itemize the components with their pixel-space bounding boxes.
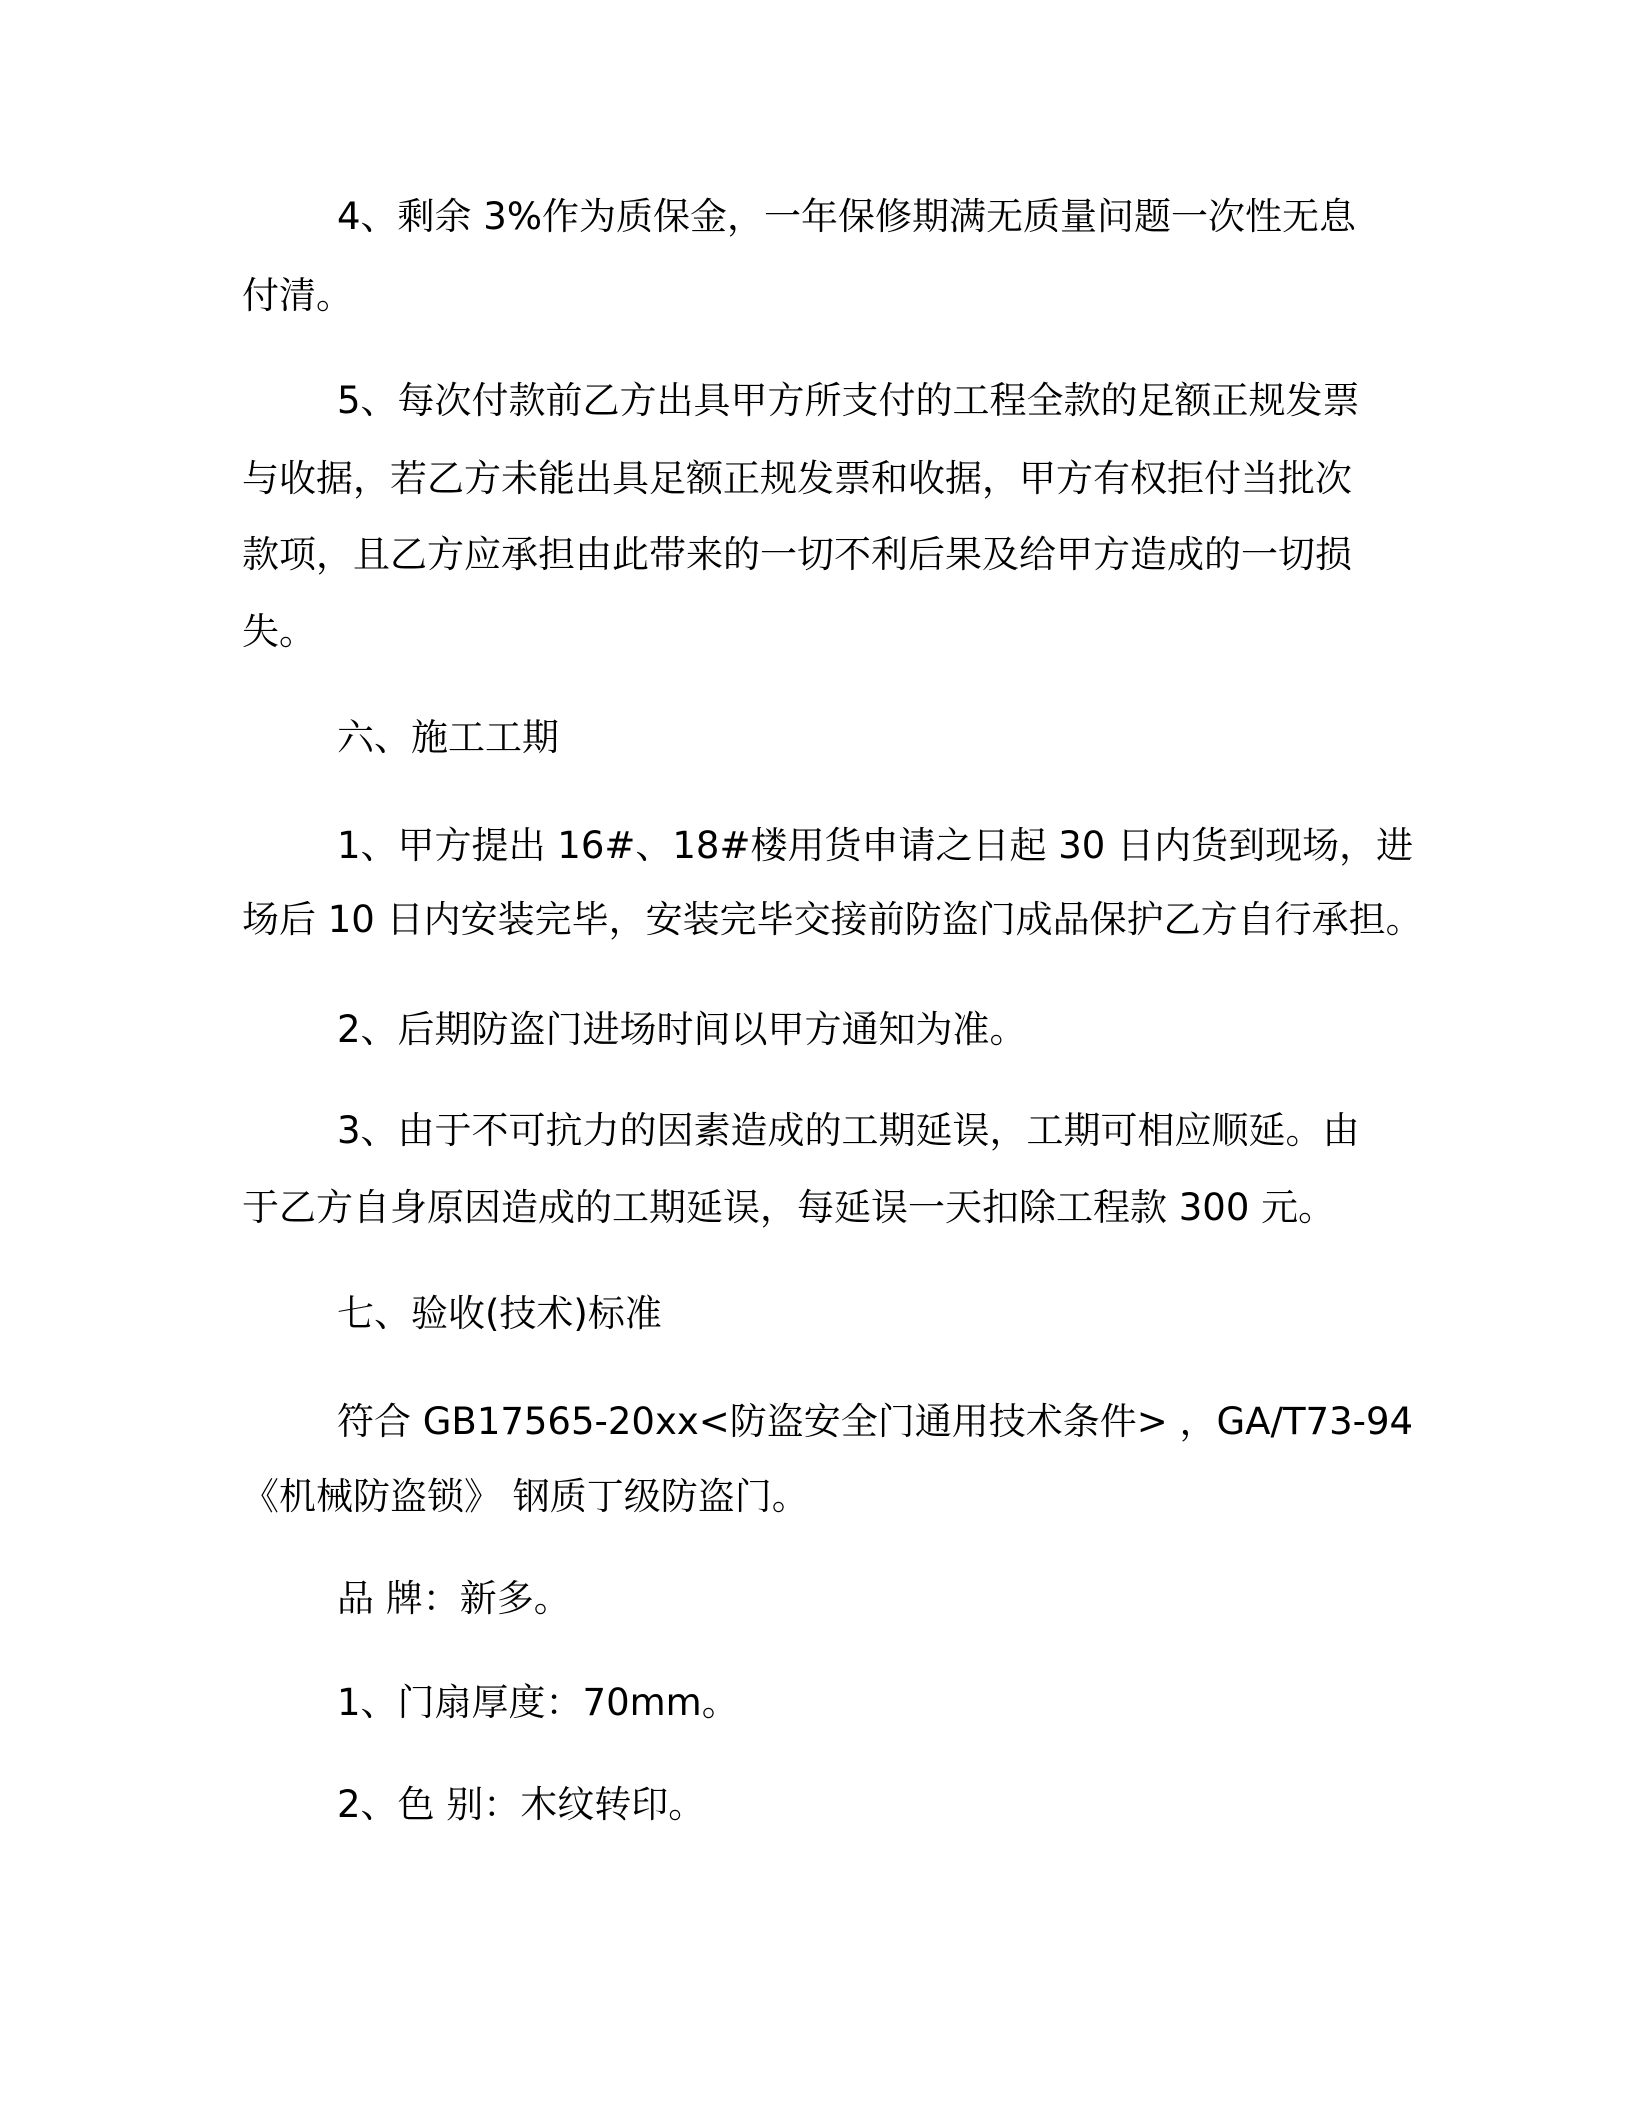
paragraph-line: 《机械防盗锁》 钢质丁级防盗门。 — [242, 1475, 809, 1519]
paragraph-line: 款项，且乙方应承担由此带来的一切不利后果及给甲方造成的一切损 — [242, 533, 1352, 577]
paragraph-line: 符合 GB17565-20xx<防盗安全门通用技术条件> ，GA/T73-94 — [337, 1400, 1413, 1444]
section-heading: 六、施工工期 — [337, 716, 559, 760]
paragraph-line: 1、门扇厚度：70mm。 — [337, 1681, 739, 1725]
paragraph-line: 2、后期防盗门进场时间以甲方通知为准。 — [337, 1008, 1027, 1052]
paragraph-line: 付清。 — [242, 274, 353, 318]
paragraph-line: 失。 — [242, 610, 316, 654]
section-heading: 七、验收(技术)标准 — [337, 1292, 662, 1336]
paragraph-line: 场后 10 日内安装完毕，安装完毕交接前防盗门成品保护乙方自行承担。 — [242, 898, 1423, 942]
paragraph-line: 1、甲方提出 16#、18#楼用货申请之日起 30 日内货到现场，进 — [337, 824, 1413, 868]
paragraph-line: 3、由于不可抗力的因素造成的工期延误，工期可相应顺延。由 — [337, 1109, 1360, 1153]
paragraph-line: 5、每次付款前乙方出具甲方所支付的工程全款的足额正规发票 — [337, 379, 1360, 423]
document-page: 4、剩余 3%作为质保金，一年保修期满无质量问题一次性无息 付清。 5、每次付款… — [0, 0, 1632, 2112]
paragraph-line: 品 牌：新多。 — [337, 1577, 571, 1621]
paragraph-line: 4、剩余 3%作为质保金，一年保修期满无质量问题一次性无息 — [337, 195, 1356, 239]
paragraph-line: 于乙方自身原因造成的工期延误，每延误一天扣除工程款 300 元。 — [242, 1186, 1335, 1230]
paragraph-line: 与收据，若乙方未能出具足额正规发票和收据，甲方有权拒付当批次 — [242, 457, 1352, 501]
paragraph-line: 2、色 别：木纹转印。 — [337, 1783, 705, 1827]
